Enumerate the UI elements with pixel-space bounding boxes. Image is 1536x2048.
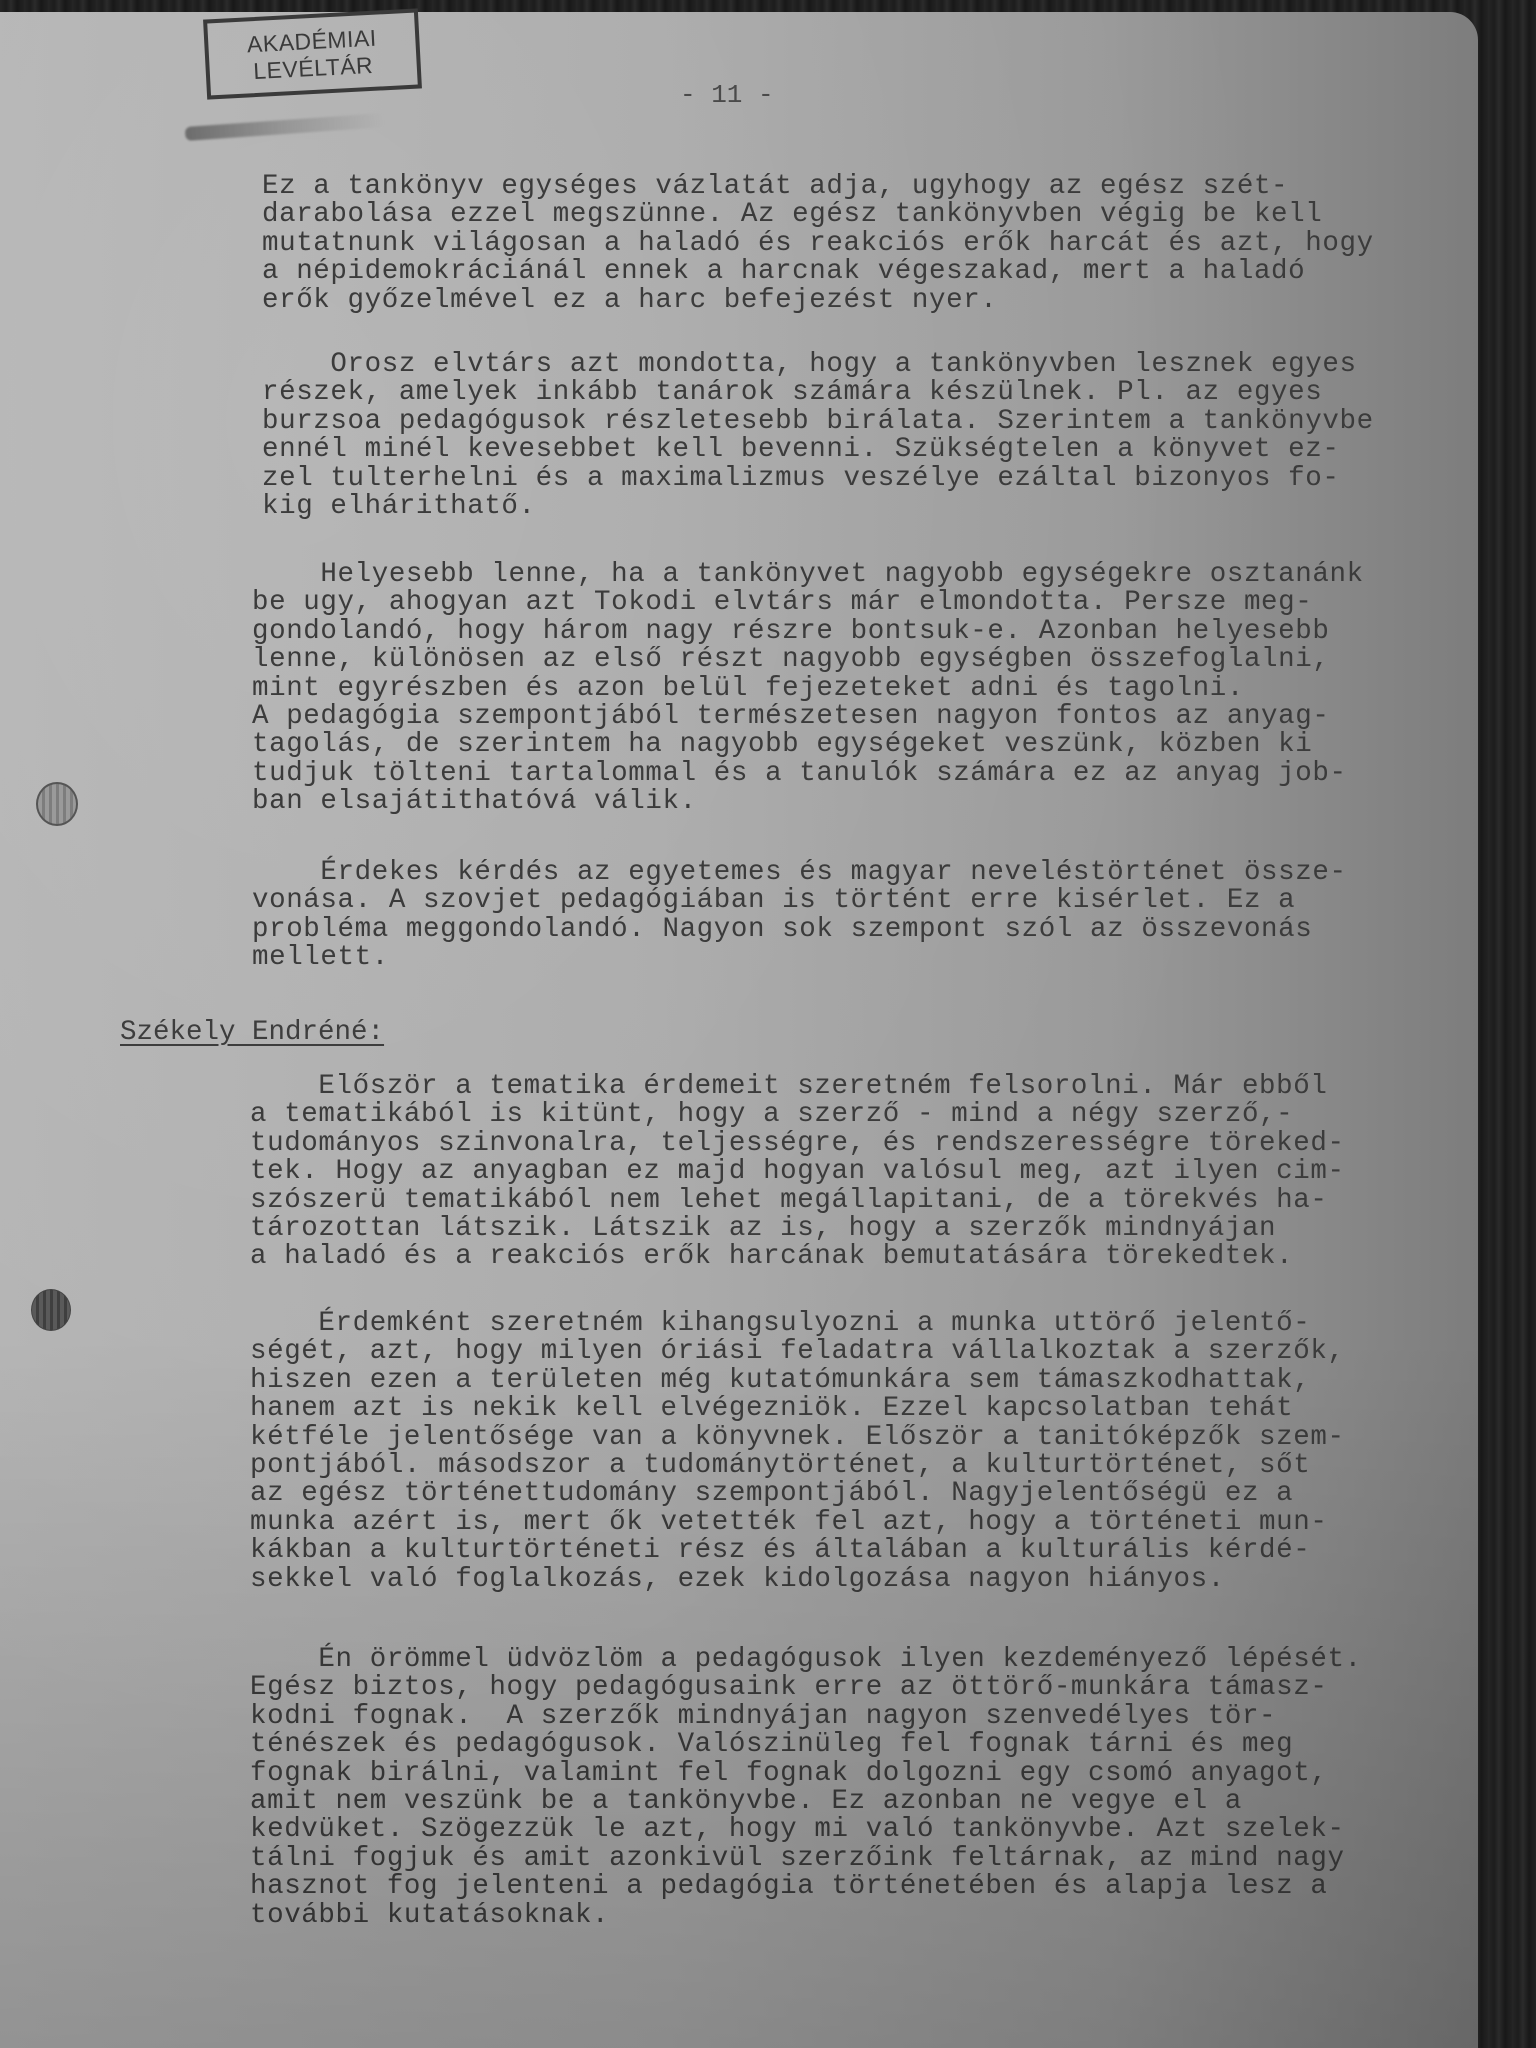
text-line: zel tulterhelni és a maximalizmus veszél… [262, 464, 1339, 494]
text-line: tudományos szinvonalra, teljességre, és … [250, 1129, 1345, 1159]
text-line: a haladó és a reakciós erők harcának bem… [250, 1242, 1293, 1272]
text-line: A pedagógia szempontjából természetesen … [252, 702, 1329, 732]
text-line: Érdekes kérdés az egyetemes és magyar ne… [252, 858, 1347, 888]
text-line: Először a tematika érdemeit szeretném fe… [250, 1072, 1327, 1102]
text-line: Egész biztos, hogy pedagógusaink erre az… [250, 1673, 1327, 1703]
speaker-heading: Székely Endréné: [120, 1017, 384, 1048]
text-line: tudjuk tölteni tartalommal és a tanulók … [252, 759, 1347, 789]
text-line: ban elsajátithatóvá válik. [252, 787, 697, 817]
text-line: ennél minél kevesebbet kell bevenni. Szü… [262, 435, 1339, 465]
text-line: tálni fogjuk és amit azonkivül szerzőink… [250, 1844, 1345, 1874]
text-line: Orosz elvtárs azt mondotta, hogy a tankö… [262, 350, 1357, 380]
text-line: részek, amelyek inkább tanárok számára k… [262, 378, 1322, 408]
text-line: kákban a kulturtörténeti rész és általáb… [250, 1536, 1310, 1566]
text-line: sekkel való foglalkozás, ezek kidolgozás… [250, 1565, 1225, 1595]
text-line: az egész történettudomány szempontjából.… [250, 1479, 1293, 1509]
text-line: vonása. A szovjet pedagógiában is történ… [252, 886, 1295, 916]
text-line: Érdemként szeretném kihangsulyozni a mun… [250, 1309, 1310, 1339]
text-line: munka azért is, mert ők vetették fel azt… [250, 1508, 1327, 1538]
text-line: kig elhárithatő. [262, 492, 536, 522]
text-line: a tematikából is kitünt, hogy a szerző -… [250, 1100, 1293, 1130]
text-line: pontjából. másodszor a tudománytörténet,… [250, 1451, 1310, 1481]
text-line: erők győzelmével ez a harc befejezést ny… [262, 286, 997, 316]
text-line: ségét, azt, hogy milyen óriási feladatra… [250, 1337, 1345, 1367]
text-line: kedvüket. Szögezzük le azt, hogy mi való… [250, 1815, 1345, 1845]
text-line: mint egyrészben és azon belül fejezeteke… [252, 674, 1244, 704]
text-line: tek. Hogy az anyagban ez majd hogyan val… [250, 1157, 1345, 1187]
text-line: tározottan látszik. Látszik az is, hogy … [250, 1214, 1276, 1244]
text-line: Ez a tankönyv egységes vázlatát adja, ug… [262, 172, 1288, 202]
text-line: kétféle jelentősége van a könyvnek. Elős… [250, 1423, 1345, 1453]
text-line: amit nem veszünk be a tankönyvbe. Ez azo… [250, 1787, 1242, 1817]
text-line: gondolandó, hogy három nagy részre bonts… [252, 617, 1329, 647]
text-line: szószerü tematikából nem lehet megállapi… [250, 1186, 1327, 1216]
text-line: mellett. [252, 943, 389, 973]
text-line: lenne, különösen az első részt nagyobb e… [252, 645, 1329, 675]
text-line: hasznot fog jelenteni a pedagógia történ… [250, 1872, 1327, 1902]
text-line: kodni fognak. A szerzők mindnyájan nagyo… [250, 1702, 1276, 1732]
text-line: be ugy, ahogyan azt Tokodi elvtárs már e… [252, 588, 1312, 618]
text-line: további kutatásoknak. [250, 1901, 609, 1931]
text-line: ténészek és pedagógusok. Valószinüleg fe… [250, 1730, 1293, 1760]
text-line: probléma meggondolandó. Nagyon sok szemp… [252, 915, 1312, 945]
document-page: AKADÉMIAI LEVÉLTÁR - 11 - Ez a tankönyv … [0, 12, 1478, 2048]
text-line: Helyesebb lenne, ha a tankönyvet nagyobb… [252, 560, 1364, 590]
text-line: a népidemokráciánál ennek a harcnak vége… [262, 257, 1305, 287]
text-line: hiszen ezen a területen még kutatómunkár… [250, 1366, 1310, 1396]
text-line: burzsoa pedagógusok részletesebb birálat… [262, 407, 1374, 437]
text-line: tagolás, de szerintem ha nagyobb egysége… [252, 730, 1312, 760]
text-line: Én örömmel üdvözlöm a pedagógusok ilyen … [250, 1645, 1362, 1675]
text-line: mutatnunk világosan a haladó és reakciós… [262, 229, 1374, 259]
text-line: fognak birálni, valamint fel fognak dolg… [250, 1759, 1327, 1789]
text-line: hanem azt is nekik kell elvégezniök. Ezz… [250, 1394, 1293, 1424]
text-line: darabolása ezzel megszünne. Az egész tan… [262, 200, 1322, 230]
